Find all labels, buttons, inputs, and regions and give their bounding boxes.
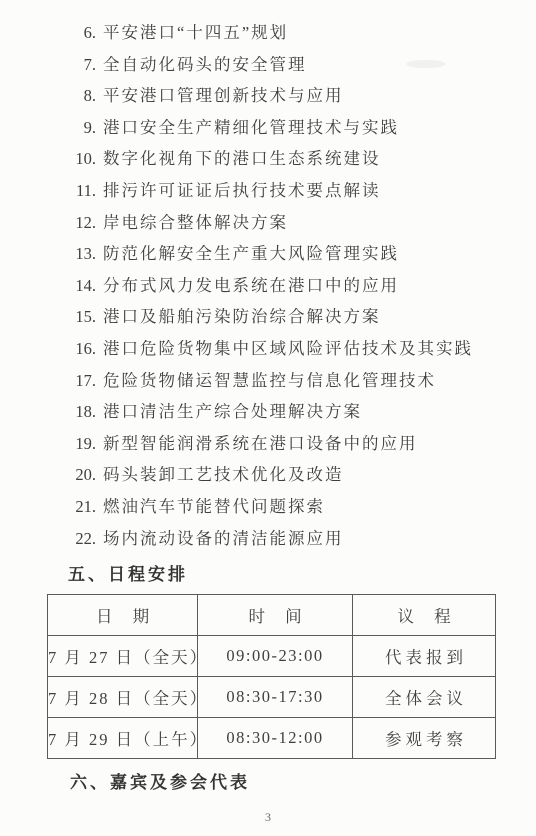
topic-text: 防范化解安全生产重大风险管理实践: [103, 244, 399, 263]
list-item: 13.防范化解安全生产重大风险管理实践: [62, 238, 516, 270]
topic-text: 港口危险货物集中区域风险评估技术及其实践: [103, 339, 473, 358]
topic-number: 13.: [62, 238, 96, 270]
table-row: 7 月 29 日（上午） 08:30-12:00 参观考察: [48, 718, 496, 759]
topic-number: 21.: [62, 491, 96, 523]
topic-text: 排污许可证证后执行技术要点解读: [103, 181, 381, 200]
schedule-table: 日 期 时 间 议 程 7 月 27 日（全天） 09:00-23:00 代表报…: [47, 594, 496, 759]
topic-text: 场内流动设备的清洁能源应用: [103, 529, 344, 548]
list-item: 16.港口危险货物集中区域风险评估技术及其实践: [62, 333, 516, 365]
topic-text: 港口及船舶污染防治综合解决方案: [103, 307, 381, 326]
table-header-agenda: 议 程: [353, 595, 496, 636]
list-item: 14.分布式风力发电系统在港口中的应用: [62, 270, 516, 302]
topic-text: 数字化视角下的港口生态系统建设: [103, 149, 381, 168]
table-row: 7 月 27 日（全天） 09:00-23:00 代表报到: [48, 636, 496, 677]
time-cell: 08:30-17:30: [198, 677, 353, 718]
list-item: 15.港口及船舶污染防治综合解决方案: [62, 301, 516, 333]
topic-text: 燃油汽车节能替代问题探索: [103, 497, 325, 516]
topic-number: 6.: [62, 17, 96, 49]
agenda-cell: 代表报到: [353, 636, 496, 677]
topic-number: 19.: [62, 428, 96, 460]
topic-text: 危险货物储运智慧监控与信息化管理技术: [103, 371, 436, 390]
page-number: 3: [0, 810, 536, 825]
table-header-time: 时 间: [198, 595, 353, 636]
topic-list: 6.平安港口“十四五”规划 7.全自动化码头的安全管理 8.平安港口管理创新技术…: [62, 17, 516, 554]
list-item: 19.新型智能润滑系统在港口设备中的应用: [62, 428, 516, 460]
list-item: 7.全自动化码头的安全管理: [62, 49, 516, 81]
topic-number: 12.: [62, 207, 96, 239]
topic-number: 10.: [62, 143, 96, 175]
agenda-cell: 参观考察: [353, 718, 496, 759]
topic-number: 7.: [62, 49, 96, 81]
document-page: 6.平安港口“十四五”规划 7.全自动化码头的安全管理 8.平安港口管理创新技术…: [0, 0, 536, 836]
topic-text: 分布式风力发电系统在港口中的应用: [103, 276, 399, 295]
topic-number: 20.: [62, 459, 96, 491]
table-header-date: 日 期: [48, 595, 198, 636]
topic-number: 8.: [62, 80, 96, 112]
topic-text: 全自动化码头的安全管理: [103, 55, 307, 74]
topic-number: 9.: [62, 112, 96, 144]
topic-text: 港口安全生产精细化管理技术与实践: [103, 118, 399, 137]
topic-number: 18.: [62, 396, 96, 428]
topic-number: 22.: [62, 523, 96, 555]
list-item: 18.港口清洁生产综合处理解决方案: [62, 396, 516, 428]
topic-number: 14.: [62, 270, 96, 302]
section-heading-guests: 六、嘉宾及参会代表: [70, 768, 250, 793]
date-cell: 7 月 28 日（全天）: [48, 677, 198, 718]
agenda-cell: 全体会议: [353, 677, 496, 718]
topic-number: 11.: [62, 175, 96, 207]
list-item: 11.排污许可证证后执行技术要点解读: [62, 175, 516, 207]
time-cell: 08:30-12:00: [198, 718, 353, 759]
list-item: 6.平安港口“十四五”规划: [62, 17, 516, 49]
time-cell: 09:00-23:00: [198, 636, 353, 677]
list-item: 9.港口安全生产精细化管理技术与实践: [62, 112, 516, 144]
table-row: 7 月 28 日（全天） 08:30-17:30 全体会议: [48, 677, 496, 718]
list-item: 22.场内流动设备的清洁能源应用: [62, 523, 516, 555]
topic-number: 16.: [62, 333, 96, 365]
topic-text: 平安港口“十四五”规划: [103, 23, 288, 42]
date-cell: 7 月 29 日（上午）: [48, 718, 198, 759]
topic-text: 码头装卸工艺技术优化及改造: [103, 465, 344, 484]
list-item: 10.数字化视角下的港口生态系统建设: [62, 143, 516, 175]
date-cell: 7 月 27 日（全天）: [48, 636, 198, 677]
topic-number: 15.: [62, 301, 96, 333]
list-item: 12.岸电综合整体解决方案: [62, 207, 516, 239]
section-heading-schedule: 五、日程安排: [68, 560, 188, 585]
list-item: 8.平安港口管理创新技术与应用: [62, 80, 516, 112]
table-header-row: 日 期 时 间 议 程: [48, 595, 496, 636]
topic-text: 新型智能润滑系统在港口设备中的应用: [103, 434, 418, 453]
list-item: 21.燃油汽车节能替代问题探索: [62, 491, 516, 523]
topic-text: 岸电综合整体解决方案: [103, 213, 288, 232]
list-item: 17.危险货物储运智慧监控与信息化管理技术: [62, 365, 516, 397]
list-item: 20.码头装卸工艺技术优化及改造: [62, 459, 516, 491]
topic-number: 17.: [62, 365, 96, 397]
topic-text: 平安港口管理创新技术与应用: [103, 86, 344, 105]
topic-text: 港口清洁生产综合处理解决方案: [103, 402, 362, 421]
